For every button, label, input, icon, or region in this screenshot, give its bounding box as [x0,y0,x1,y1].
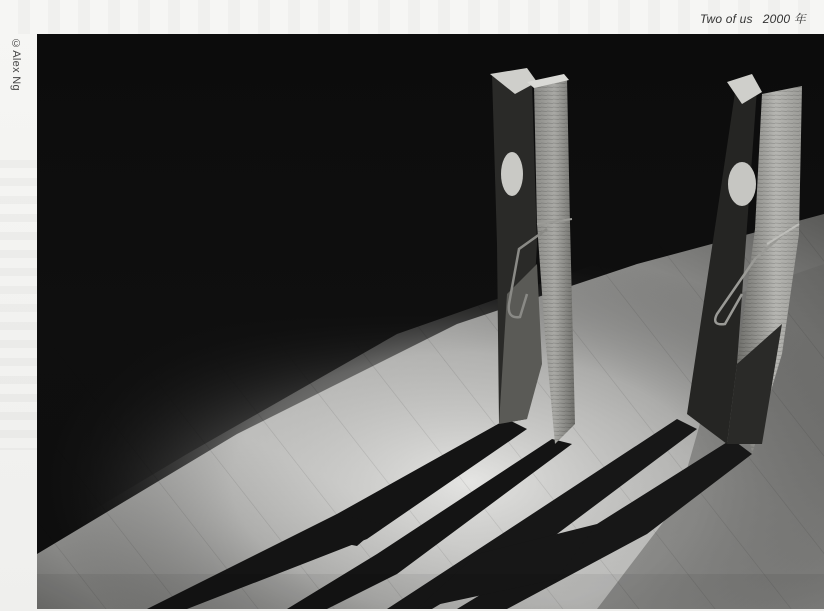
caption-year: 2000 年 [763,12,806,26]
caption-title: Two of us [700,12,753,26]
bleed-through-text-left [0,150,37,450]
left-clothespin [490,68,575,444]
bottom-vignette [37,574,824,609]
photograph [37,34,824,609]
clothespins-photo [37,34,824,609]
photo-credit: ©Alex Ng [10,38,22,91]
photo-caption: Two of us2000 年 [700,10,806,27]
